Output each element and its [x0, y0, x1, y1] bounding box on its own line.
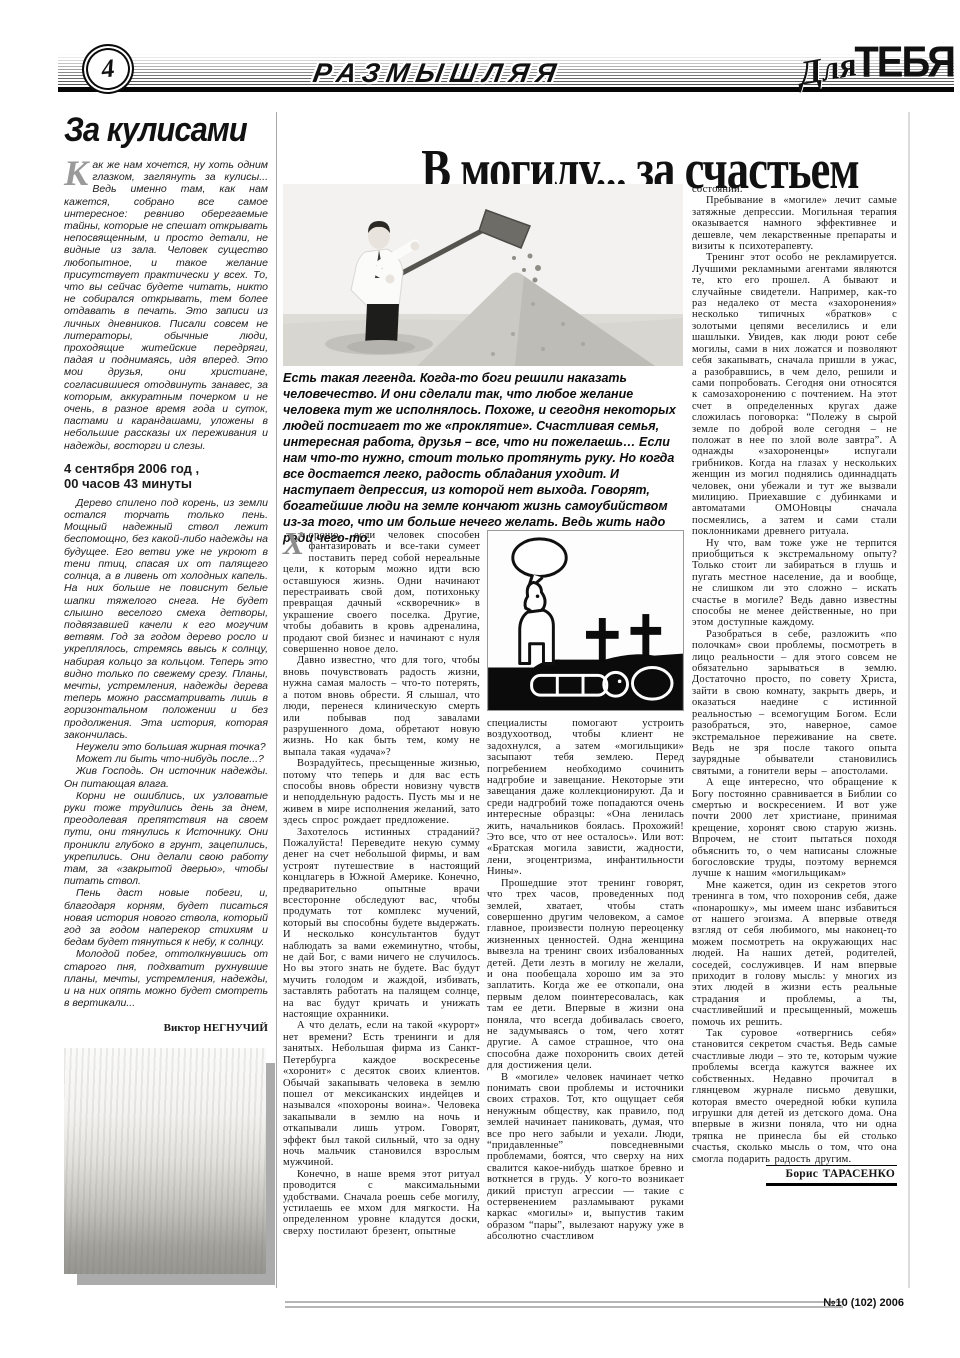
article-paragraph: Конечно, в наше время этот ритуал провод… [283, 1169, 480, 1237]
article-paragraph: В «могиле» человек начинает четко понима… [487, 1072, 684, 1243]
article-paragraph: Прошедшие этот тренинг говорят, что трех… [487, 878, 684, 1072]
article-column-3: состоянии. Пребывание в «могиле» лечит с… [692, 184, 897, 1186]
date-subhead: 4 сентября 2006 год , 00 часов 43 минуты [64, 461, 268, 491]
newspaper-logo: Для ТЕБЯ [798, 40, 954, 85]
article-paragraph: А еще интересно, что обращение к Богу по… [692, 777, 897, 880]
main-article-author: Борис ТАРАСЕНКО [692, 1165, 897, 1187]
paragraph-text: ак же нам хочется, ну хоть одним глазком… [64, 159, 268, 452]
article-paragraph: Жив Господь. Он источник надежды. Он пит… [64, 765, 268, 789]
section-title: РАЗМЫШЛЯЯ [245, 54, 632, 92]
drop-cap: К [64, 160, 88, 187]
article-paragraph: Разобраться в себе, разложить «по полочк… [692, 629, 897, 777]
article-paragraph: Пень даст новые побеги, и, благодаря кор… [64, 887, 268, 948]
subhead-line: 00 часов 43 минуты [64, 476, 268, 491]
page-header: 4 РАЗМЫШЛЯЯ Для ТЕБЯ [58, 54, 954, 92]
article-paragraph: Возрадуйтесь, пресыщенные жизнью, потому… [283, 758, 480, 826]
author-name: Борис ТАРАСЕНКО [766, 1165, 897, 1187]
left-article-author: Виктор НЕГНУЧИЙ [64, 1023, 268, 1034]
article-paragraph: Так суровое «отвергнись себя» становится… [692, 1028, 897, 1165]
article-paragraph: Тренинг этот особо не рекламируется. Луч… [692, 252, 897, 537]
drop-cap: Х [283, 531, 305, 556]
lead-paragraph: Есть такая легенда. Когда-то боги решили… [283, 370, 683, 546]
logo-part-tebya: ТЕБЯ [854, 38, 954, 88]
subhead-line: 4 сентября 2006 год , [64, 461, 268, 476]
article-paragraph: Мне кажется, один из секретов этого трен… [692, 880, 897, 1028]
cartoon-illustration [488, 531, 683, 710]
left-article: За кулисами Как же нам хочется, ну хоть … [64, 112, 268, 1034]
article-paragraph: Молодой побег, оттолкнувшись от старого … [64, 948, 268, 1009]
article-paragraph: Дерево спилено под корень, из земли оста… [64, 497, 268, 741]
grass-field-photo [64, 1048, 266, 1274]
buried-person-cartoon [487, 530, 684, 711]
footer-divider-line [285, 1301, 843, 1308]
left-article-title: За кулисами [64, 112, 268, 147]
article-paragraph: состоянии. [692, 184, 897, 195]
article-paragraph: специалисты помогают устроить воздухоотв… [487, 718, 684, 878]
article-column-2: специалисты помогают устроить воздухоотв… [487, 718, 684, 1243]
article-paragraph: Неужели это большая жирная точка? [64, 741, 268, 753]
column-divider-line [276, 112, 277, 1288]
newspaper-page: 4 РАЗМЫШЛЯЯ Для ТЕБЯ За кулисами Как же … [0, 0, 960, 1358]
article-paragraph: Ну что, вам тоже уже не терпится приобщи… [692, 538, 897, 629]
digging-photo-illustration [283, 184, 683, 366]
article-paragraph: Давно известно, что для того, чтобы внов… [283, 655, 480, 758]
article-paragraph: Захотелось истинных страданий? Пожалуйст… [283, 827, 480, 1021]
article-column-1: Хорошо, если человек способен фантазиров… [283, 530, 480, 1237]
page-right-edge-line [908, 112, 910, 1288]
left-article-body: Как же нам хочется, ну хоть одним глазко… [64, 159, 268, 1034]
article-paragraph: Как же нам хочется, ну хоть одним глазко… [64, 159, 268, 452]
article-paragraph: Хорошо, если человек способен фантазиров… [283, 530, 480, 655]
article-paragraph: Пребывание в «могиле» лечит самые затяжн… [692, 195, 897, 252]
article-paragraph: Может ли быть что-нибудь после...? [64, 753, 268, 765]
article-paragraph: Корни не ошиблись, их узловатые руки тож… [64, 790, 268, 888]
article-paragraph: А что делать, если на такой «курорт» нет… [283, 1020, 480, 1168]
issue-number: №10 (102) 2006 [823, 1298, 904, 1309]
page-number: 4 [100, 53, 116, 84]
man-shoveling-dirt-photo [283, 184, 683, 366]
paragraph-text: орошо, если человек способен фантазирова… [283, 530, 480, 655]
